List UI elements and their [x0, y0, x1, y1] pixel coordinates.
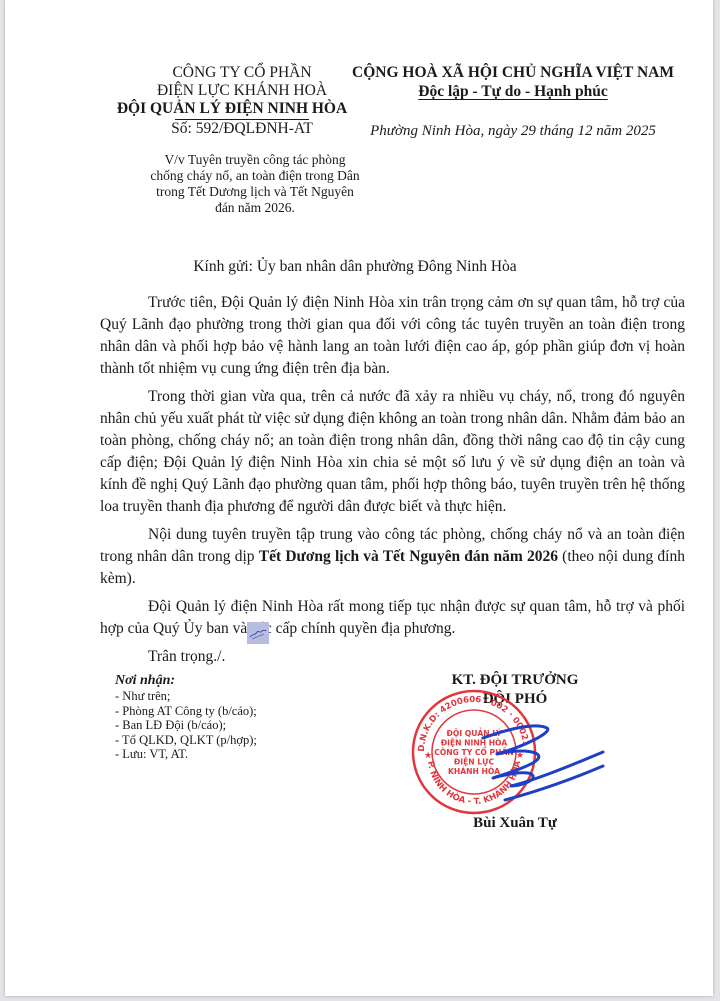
addressee: Kính gửi: Ủy ban nhân dân phường Đông Ni… — [65, 258, 645, 276]
paragraph: Trước tiên, Đội Quản lý điện Ninh Hòa xi… — [100, 292, 685, 380]
subject-line: V/v Tuyên truyền công tác phòng — [125, 152, 385, 168]
recipient-item: - Lưu: VT, AT. — [115, 747, 257, 762]
initial-signature — [247, 622, 269, 644]
subject-line: trong Tết Dương lịch và Tết Nguyên — [125, 184, 385, 200]
header-left: CÔNG TY CỔ PHẦN ĐIỆN LỰC KHÁNH HOÀ ĐỘI Q… — [117, 64, 367, 138]
company-line-1: CÔNG TY CỔ PHẦN — [117, 64, 367, 82]
recipient-item: - Như trên; — [115, 689, 257, 704]
paragraph: Đội Quản lý điện Ninh Hòa rất mong tiếp … — [100, 596, 685, 640]
subject: V/v Tuyên truyền công tác phòng chống ch… — [125, 152, 385, 216]
company-line-2: ĐIỆN LỰC KHÁNH HOÀ — [117, 82, 367, 100]
motto: Độc lập - Tự do - Hạnh phúc — [343, 83, 683, 101]
paragraph: Trong thời gian vừa qua, trên cả nước đã… — [100, 386, 685, 518]
handwritten-signature — [475, 712, 605, 802]
recipients-title: Nơi nhận: — [115, 672, 257, 689]
subject-line: đán năm 2026. — [125, 200, 385, 216]
signer-name: Bùi Xuân Tự — [425, 815, 605, 832]
recipients: Nơi nhận: - Như trên; - Phòng AT Công ty… — [115, 672, 257, 762]
initial-scribble-icon — [247, 622, 269, 644]
closing: Trân trọng./. — [100, 646, 685, 668]
unit-name-text: ĐỘI QUẢN LÝ ĐIỆN NINH HÒA — [117, 100, 347, 117]
place-date: Phường Ninh Hòa, ngày 29 tháng 12 năm 20… — [343, 123, 683, 140]
paragraph: Nội dung tuyên truyền tập trung vào công… — [100, 524, 685, 590]
recipient-item: - Tổ QLKD, QLKT (p/hợp); — [115, 733, 257, 748]
doc-number: Số: 592/ĐQLĐNH-AT — [117, 120, 367, 138]
svg-text:★: ★ — [424, 751, 432, 761]
subject-line: chống cháy nổ, an toàn điện trong Dân — [125, 168, 385, 184]
recipient-item: - Ban LĐ Đội (b/cáo); — [115, 718, 257, 733]
national-title: CỘNG HOÀ XÃ HỘI CHỦ NGHĨA VIỆT NAM — [343, 64, 683, 82]
recipient-item: - Phòng AT Công ty (b/cáo); — [115, 704, 257, 719]
unit-name: ĐỘI QUẢN LÝ ĐIỆN NINH HÒA — [77, 100, 387, 118]
document-page: CÔNG TY CỔ PHẦN ĐIỆN LỰC KHÁNH HOÀ ĐỘI Q… — [5, 0, 713, 996]
paragraph-emphasis: Tết Dương lịch và Tết Nguyên đán năm 202… — [259, 548, 558, 565]
letter-body: Trước tiên, Đội Quản lý điện Ninh Hòa xi… — [100, 292, 685, 674]
motto-text: Độc lập - Tự do - Hạnh phúc — [418, 83, 607, 100]
header-right: CỘNG HOÀ XÃ HỘI CHỦ NGHĨA VIỆT NAM Độc l… — [343, 64, 683, 140]
